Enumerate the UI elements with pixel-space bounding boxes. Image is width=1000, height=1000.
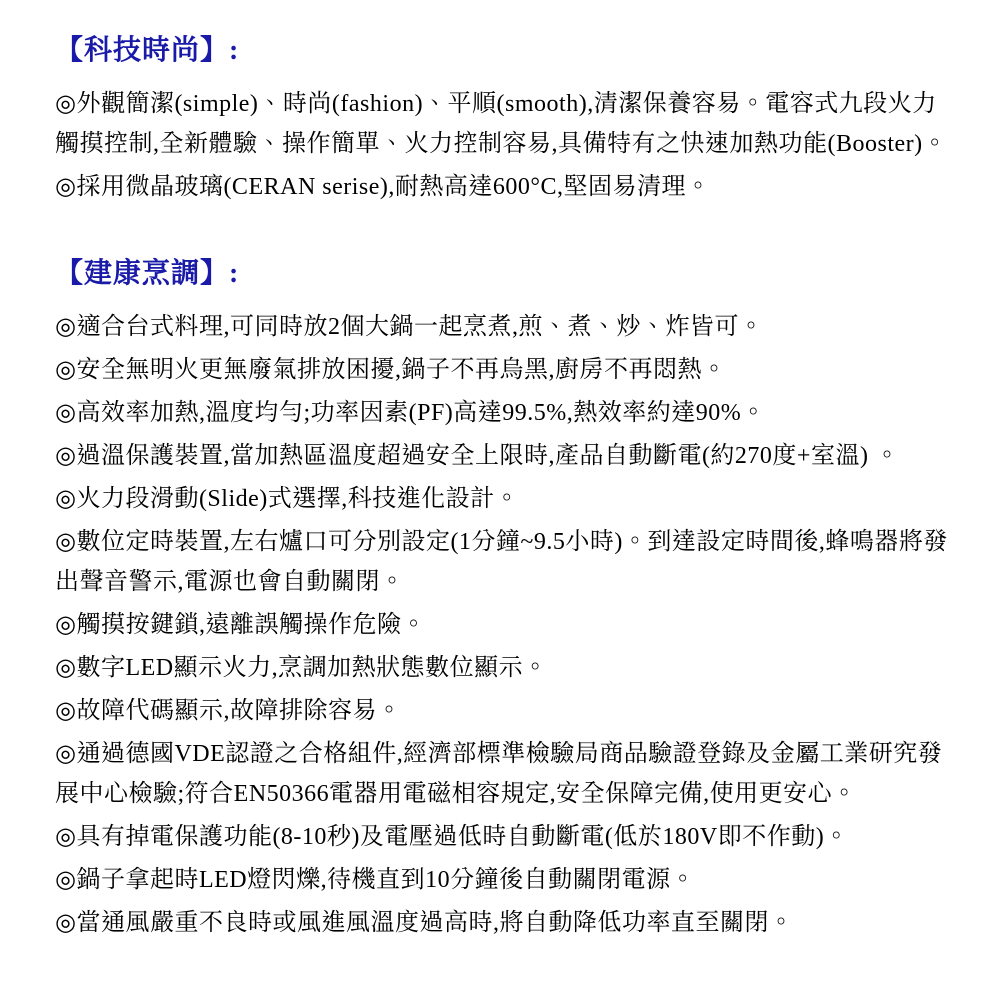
- feature-item-appearance: ◎外觀簡潔(simple)、時尚(fashion)、平順(smooth),清潔保…: [55, 84, 958, 164]
- product-description-document: 【科技時尚】: ◎外觀簡潔(simple)、時尚(fashion)、平順(smo…: [0, 0, 1000, 943]
- feature-item-vde-certification: ◎通過德國VDE認證之合格組件,經濟部標準檢驗局商品驗證登錄及金屬工業研究發展中…: [55, 734, 958, 814]
- section-tech-style: 【科技時尚】: ◎外觀簡潔(simple)、時尚(fashion)、平順(smo…: [55, 34, 958, 207]
- feature-list-tech-style: ◎外觀簡潔(simple)、時尚(fashion)、平順(smooth),清潔保…: [55, 84, 958, 207]
- feature-item-overtemp-protection: ◎過溫保護裝置,當加熱區溫度超過安全上限時,產品自動斷電(約270度+室溫) 。: [55, 436, 958, 476]
- feature-item-digital-timer: ◎數位定時裝置,左右爐口可分別設定(1分鐘~9.5小時)。到達設定時間後,蜂鳴器…: [55, 522, 958, 602]
- feature-item-pot-removal-standby: ◎鍋子拿起時LED燈閃爍,待機直到10分鐘後自動關閉電源。: [55, 860, 958, 900]
- feature-item-error-code: ◎故障代碼顯示,故障排除容易。: [55, 691, 958, 731]
- feature-item-slide-control: ◎火力段滑動(Slide)式選擇,科技進化設計。: [55, 479, 958, 519]
- section-healthy-cooking: 【建康烹調】: ◎適合台式料理,可同時放2個大鍋一起烹煮,煎、煮、炒、炸皆可。 …: [55, 257, 958, 943]
- feature-item-led-display: ◎數字LED顯示火力,烹調加熱狀態數位顯示。: [55, 648, 958, 688]
- feature-item-high-efficiency: ◎高效率加熱,溫度均勻;功率因素(PF)高達99.5%,熱效率約達90%。: [55, 393, 958, 433]
- feature-item-ventilation-protection: ◎當通風嚴重不良時或風進風溫度過高時,將自動降低功率直至關閉。: [55, 903, 958, 943]
- feature-item-power-failure-protection: ◎具有掉電保護功能(8-10秒)及電壓過低時自動斷電(低於180V即不作動)。: [55, 817, 958, 857]
- section-heading-healthy-cooking: 【建康烹調】:: [55, 257, 958, 291]
- feature-item-ceran-glass: ◎採用微晶玻璃(CERAN serise),耐熱高達600°C,堅固易清理。: [55, 167, 958, 207]
- section-heading-tech-style: 【科技時尚】:: [55, 34, 958, 68]
- feature-item-taiwanese-cuisine: ◎適合台式料理,可同時放2個大鍋一起烹煮,煎、煮、炒、炸皆可。: [55, 307, 958, 347]
- feature-item-key-lock: ◎觸摸按鍵鎖,遠離誤觸操作危險。: [55, 605, 958, 645]
- feature-list-healthy-cooking: ◎適合台式料理,可同時放2個大鍋一起烹煮,煎、煮、炒、炸皆可。 ◎安全無明火更無…: [55, 307, 958, 943]
- feature-item-no-open-flame: ◎安全無明火更無廢氣排放困擾,鍋子不再烏黑,廚房不再悶熱。: [55, 350, 958, 390]
